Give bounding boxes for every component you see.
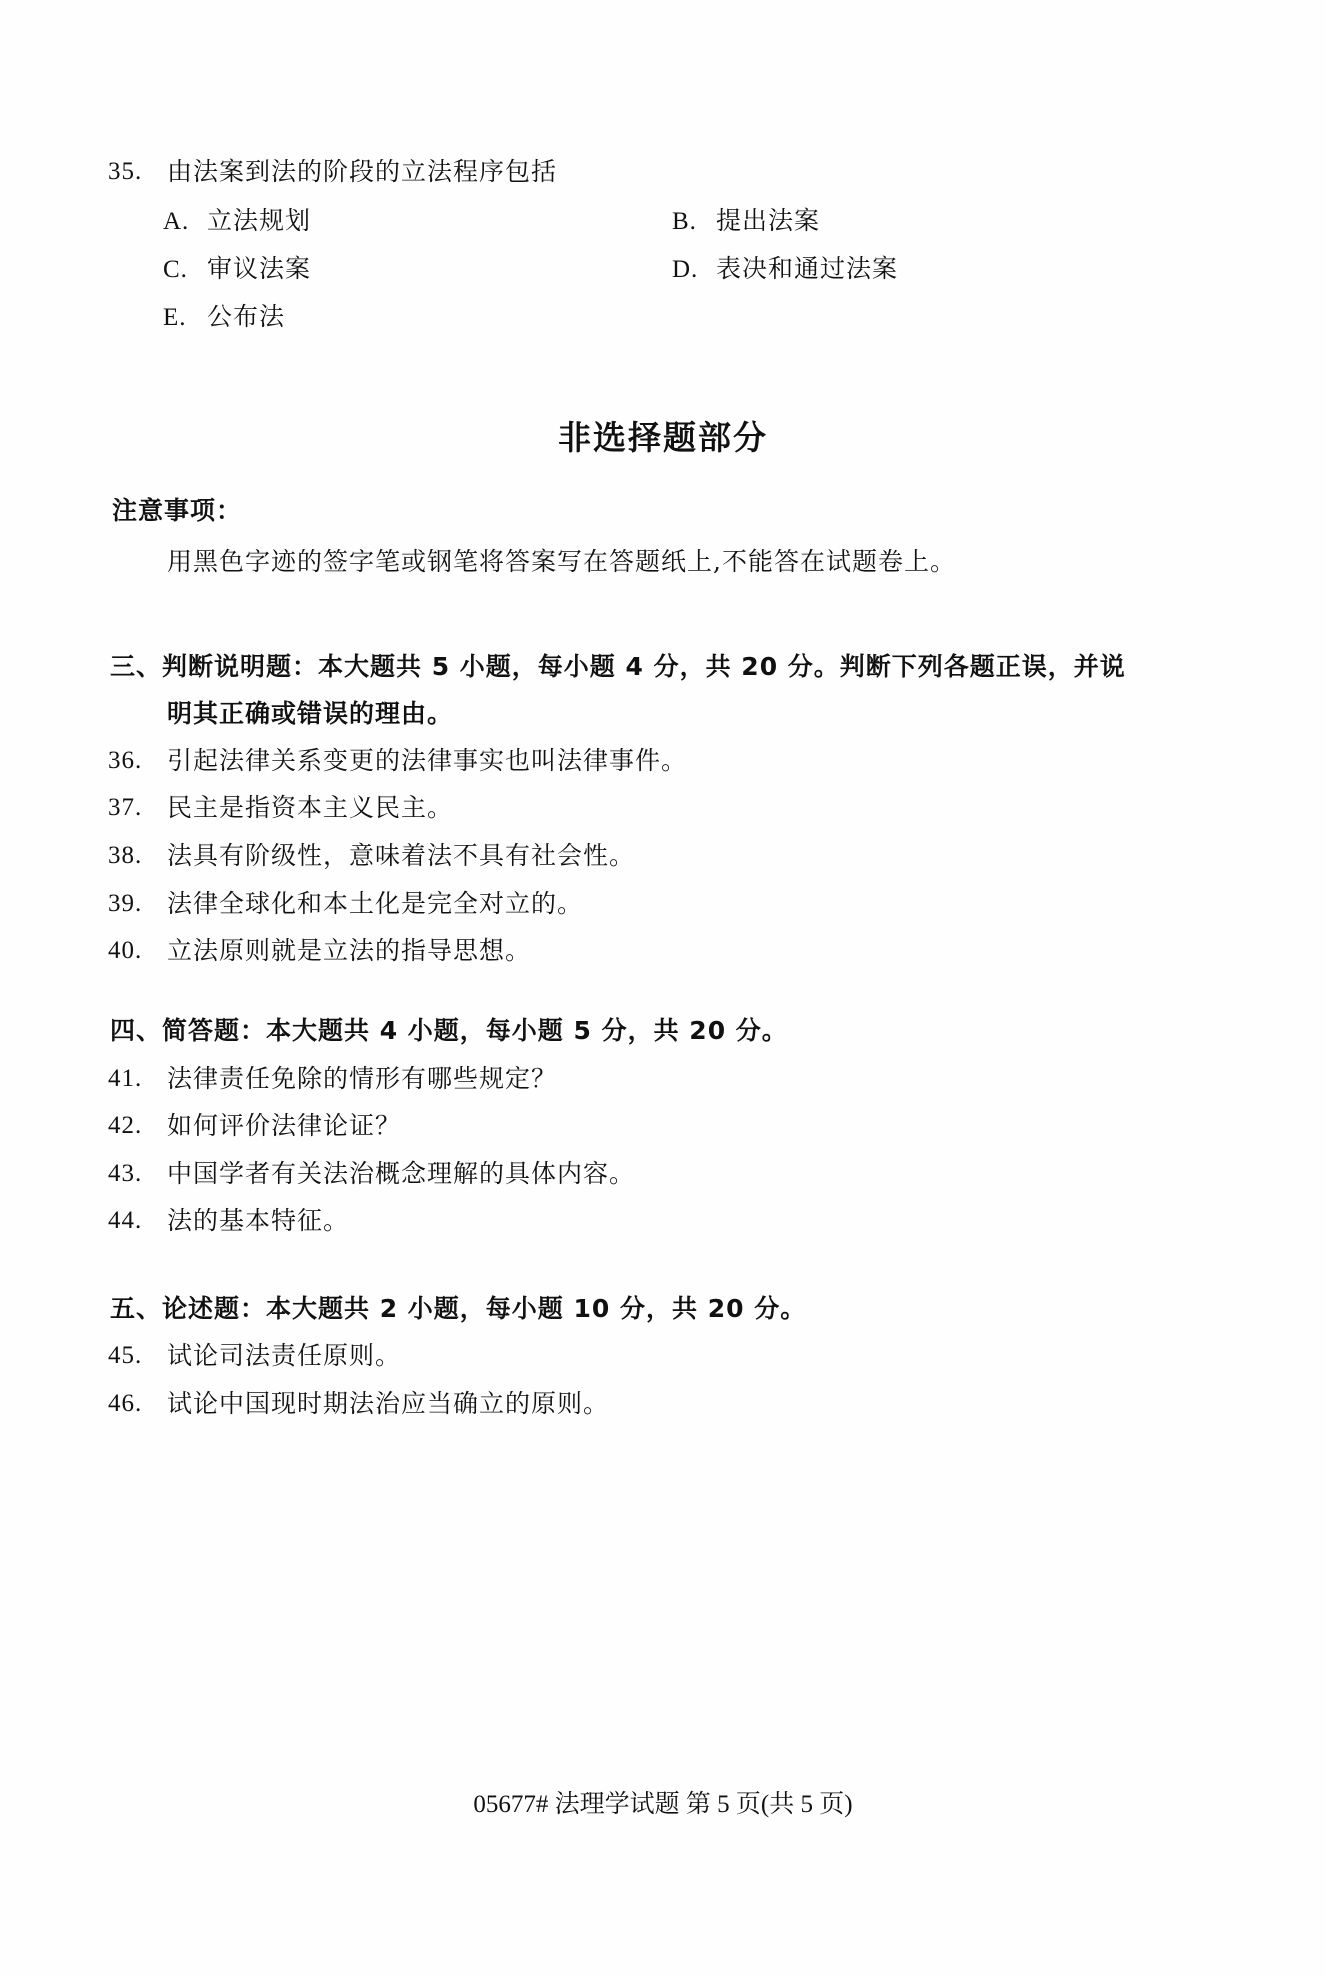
question-text: 试论中国现时期法治应当确立的原则。 [167, 1389, 609, 1419]
option-d: D.表决和通过法案 [672, 254, 898, 285]
option-label: A. [163, 207, 207, 237]
option-a: A.立法规划 [163, 206, 311, 237]
question-number: 46. [108, 1389, 142, 1419]
question-text: 中国学者有关法治概念理解的具体内容。 [167, 1159, 635, 1189]
question-number: 45. [108, 1341, 142, 1371]
option-text: 表决和通过法案 [716, 254, 898, 283]
notice-text: 用黑色字迹的签字笔或钢笔将答案写在答题纸上,不能答在试题卷上。 [167, 547, 956, 577]
option-label: B. [672, 207, 716, 237]
notice-heading: 注意事项： [112, 496, 242, 526]
question-text: 法律责任免除的情形有哪些规定？ [167, 1064, 557, 1094]
question-text: 由法案到法的阶段的立法程序包括 [167, 157, 557, 187]
option-label: C. [163, 255, 207, 285]
question-text: 法律全球化和本土化是完全对立的。 [167, 889, 583, 919]
question-number: 44. [108, 1206, 142, 1236]
option-c: C.审议法案 [163, 254, 311, 285]
question-number: 39. [108, 889, 142, 919]
option-text: 提出法案 [716, 206, 820, 235]
question-text: 如何评价法律论证？ [167, 1111, 401, 1141]
question-text: 试论司法责任原则。 [167, 1341, 401, 1371]
question-text: 民主是指资本主义民主。 [167, 793, 453, 823]
question-text: 立法原则就是立法的指导思想。 [167, 936, 531, 966]
page-footer: 05677# 法理学试题 第 5 页(共 5 页) [0, 1790, 1326, 1820]
question-number: 42. [108, 1111, 142, 1141]
option-b: B.提出法案 [672, 206, 820, 237]
option-label: D. [672, 255, 716, 285]
section-5-heading: 五、论述题：本大题共 2 小题，每小题 10 分，共 20 分。 [110, 1294, 806, 1324]
option-text: 审议法案 [207, 254, 311, 283]
part-title: 非选择题部分 [0, 418, 1326, 458]
question-text: 法的基本特征。 [167, 1206, 349, 1236]
question-number: 36. [108, 746, 142, 776]
question-number: 41. [108, 1064, 142, 1094]
exam-page: 35. 由法案到法的阶段的立法程序包括 A.立法规划 B.提出法案 C.审议法案… [0, 0, 1326, 1977]
option-e: E.公布法 [163, 302, 285, 333]
option-text: 公布法 [207, 302, 285, 331]
option-label: E. [163, 303, 207, 333]
question-number: 35. [108, 157, 142, 187]
section-3-heading-cont: 明其正确或错误的理由。 [167, 699, 453, 729]
option-text: 立法规划 [207, 206, 311, 235]
question-number: 40. [108, 936, 142, 966]
question-number: 43. [108, 1159, 142, 1189]
section-3-heading: 三、判断说明题：本大题共 5 小题，每小题 4 分，共 20 分。判断下列各题正… [110, 652, 1126, 682]
question-number: 37. [108, 793, 142, 823]
question-text: 法具有阶级性，意味着法不具有社会性。 [167, 841, 635, 871]
question-text: 引起法律关系变更的法律事实也叫法律事件。 [167, 746, 687, 776]
section-4-heading: 四、简答题：本大题共 4 小题，每小题 5 分，共 20 分。 [110, 1016, 788, 1046]
question-number: 38. [108, 841, 142, 871]
